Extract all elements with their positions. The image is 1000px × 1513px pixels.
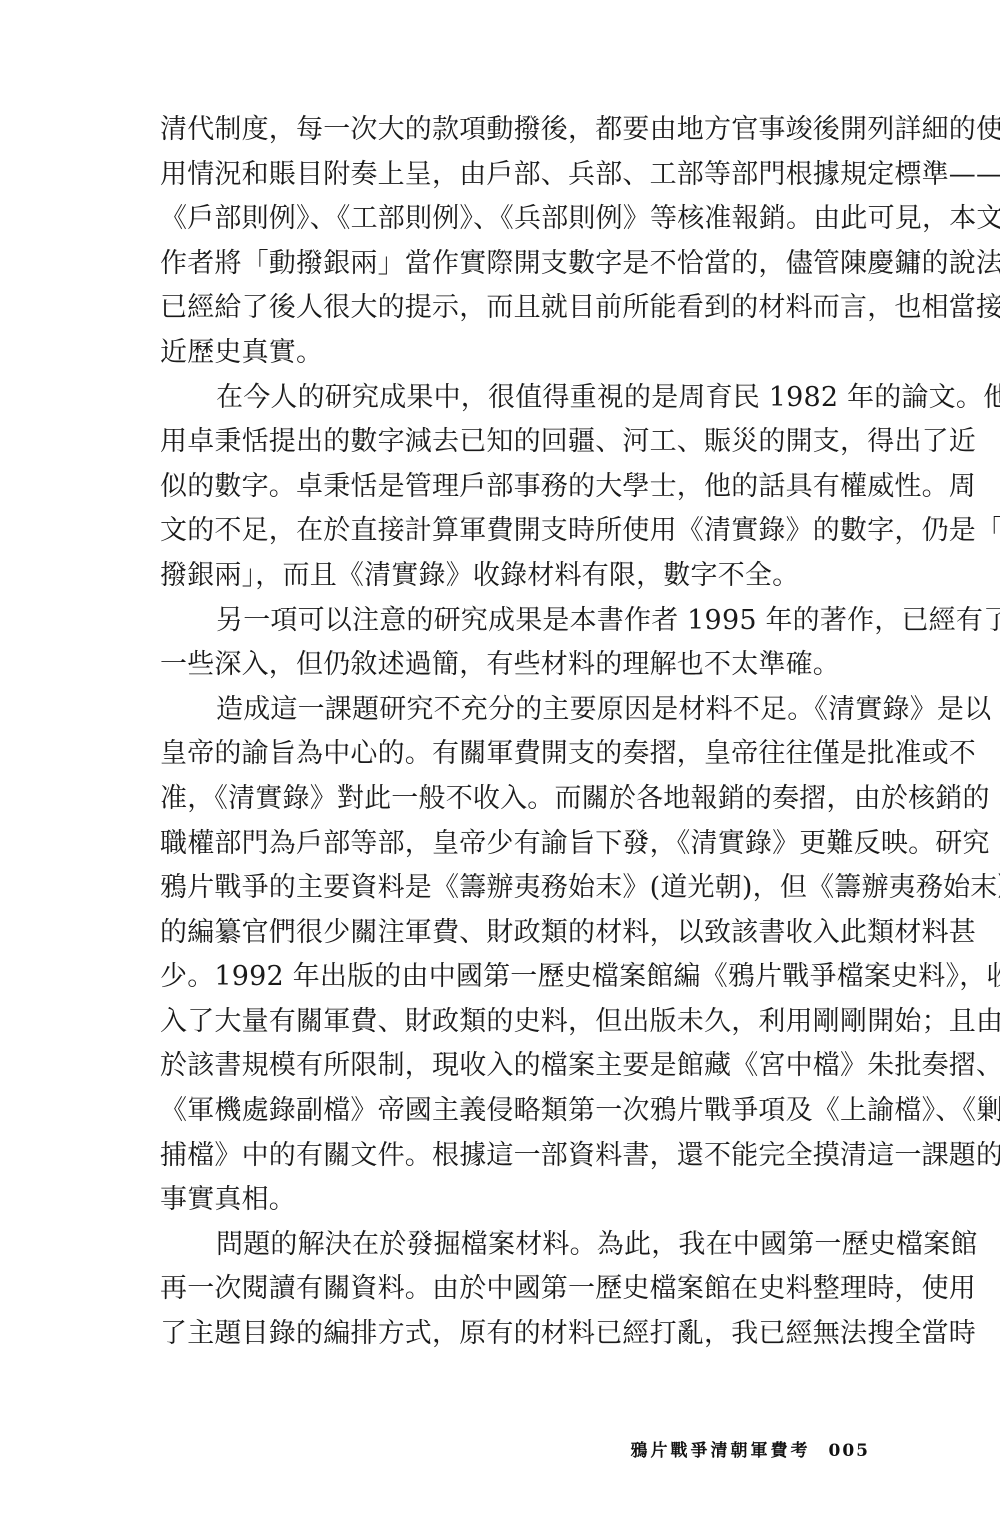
text-line: 《戶部則例》、《工部則例》、《兵部則例》等核准報銷。由此可見，本文 [160, 197, 870, 242]
text-line: 作者將「動撥銀兩」當作實際開支數字是不恰當的，儘管陳慶鏞的說法 [160, 242, 870, 287]
text-line: 文的不足，在於直接計算軍費開支時所使用《清實錄》的數字，仍是「動 [160, 509, 870, 554]
text-line: 再一次閱讀有關資料。由於中國第一歷史檔案館在史料整理時，使用 [160, 1267, 870, 1312]
paragraph-1: 清代制度，每一次大的款項動撥後，都要由地方官事竣後開列詳細的使 用情況和賬目附奏… [160, 108, 870, 376]
page-body: 清代制度，每一次大的款項動撥後，都要由地方官事竣後開列詳細的使 用情況和賬目附奏… [160, 108, 870, 1357]
text-line: 另一項可以注意的研究成果是本書作者 1995 年的著作，已經有了 [160, 599, 870, 644]
text-line: 事實真相。 [160, 1178, 870, 1223]
text-line: 鴉片戰爭的主要資料是《籌辦夷務始末》(道光朝)，但《籌辦夷務始末》 [160, 866, 870, 911]
text-line: 少。1992 年出版的由中國第一歷史檔案館編《鴉片戰爭檔案史料》，收 [160, 955, 870, 1000]
text-line: 皇帝的諭旨為中心的。有關軍費開支的奏摺，皇帝往往僅是批准或不 [160, 732, 870, 777]
text-line: 問題的解決在於發掘檔案材料。為此，我在中國第一歷史檔案館 [160, 1223, 870, 1268]
text-line: 撥銀兩」，而且《清實錄》收錄材料有限，數字不全。 [160, 554, 870, 599]
text-line: 用卓秉恬提出的數字減去已知的回疆、河工、賑災的開支，得出了近 [160, 420, 870, 465]
text-line: 了主題目錄的編排方式，原有的材料已經打亂，我已經無法搜全當時 [160, 1312, 870, 1357]
text-line: 在今人的研究成果中，很值得重視的是周育民 1982 年的論文。他 [160, 376, 870, 421]
text-line: 造成這一課題研究不充分的主要原因是材料不足。《清實錄》是以 [160, 688, 870, 733]
text-line: 捕檔》中的有關文件。根據這一部資料書，還不能完全摸清這一課題的 [160, 1134, 870, 1179]
page-footer: 鴉片戰爭清朝軍費考 005 [631, 1436, 871, 1461]
text-line: 用情況和賬目附奏上呈，由戶部、兵部、工部等部門根據規定標準—— [160, 153, 870, 198]
text-line: 職權部門為戶部等部，皇帝少有諭旨下發，《清實錄》更難反映。研究 [160, 822, 870, 867]
page-number: 005 [829, 1441, 871, 1461]
text-line: 准，《清實錄》對此一般不收入。而關於各地報銷的奏摺，由於核銷的 [160, 777, 870, 822]
text-line: 似的數字。卓秉恬是管理戶部事務的大學士，他的話具有權威性。周 [160, 465, 870, 510]
text-line: 已經給了後人很大的提示，而且就目前所能看到的材料而言，也相當接 [160, 286, 870, 331]
text-line: 於該書規模有所限制，現收入的檔案主要是館藏《宮中檔》朱批奏摺、 [160, 1044, 870, 1089]
paragraph-3: 另一項可以注意的研究成果是本書作者 1995 年的著作，已經有了 一些深入，但仍… [160, 599, 870, 688]
text-line: 近歷史真實。 [160, 331, 870, 376]
text-line: 清代制度，每一次大的款項動撥後，都要由地方官事竣後開列詳細的使 [160, 108, 870, 153]
paragraph-4: 造成這一課題研究不充分的主要原因是材料不足。《清實錄》是以 皇帝的諭旨為中心的。… [160, 688, 870, 1223]
text-line: 一些深入，但仍敘述過簡，有些材料的理解也不太準確。 [160, 643, 870, 688]
paragraph-5: 問題的解決在於發掘檔案材料。為此，我在中國第一歷史檔案館 再一次閱讀有關資料。由… [160, 1223, 870, 1357]
paragraph-2: 在今人的研究成果中，很值得重視的是周育民 1982 年的論文。他 用卓秉恬提出的… [160, 376, 870, 599]
running-title: 鴉片戰爭清朝軍費考 [631, 1436, 811, 1461]
text-line: 入了大量有關軍費、財政類的史料，但出版未久，利用剛剛開始；且由 [160, 1000, 870, 1045]
text-line: 的編纂官們很少關注軍費、財政類的材料，以致該書收入此類材料甚 [160, 911, 870, 956]
text-line: 《軍機處錄副檔》帝國主義侵略類第一次鴉片戰爭項及《上諭檔》、《剿 [160, 1089, 870, 1134]
